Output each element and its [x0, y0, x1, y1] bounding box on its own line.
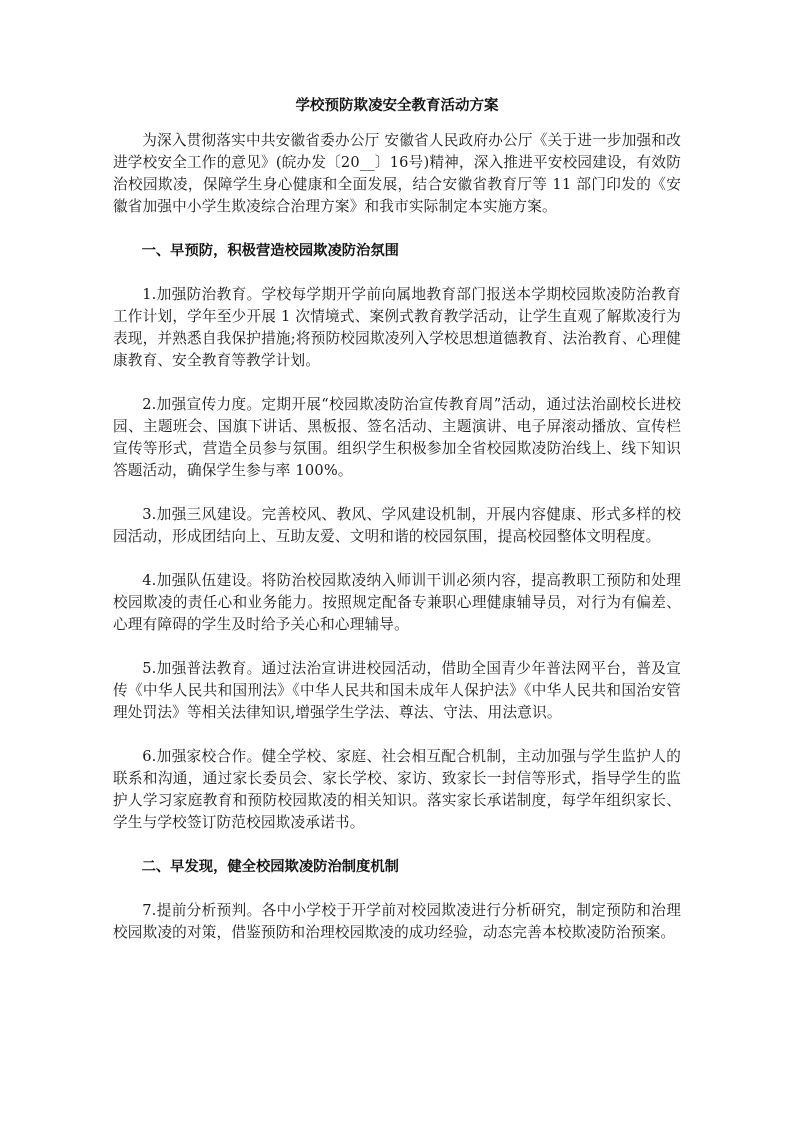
intro-paragraph: 为深入贯彻落实中共安徽省委办公厅 安徽省人民政府办公厅《关于进一步加强和改进学校…: [113, 130, 681, 218]
document-title: 学校预防欺凌安全教育活动方案: [113, 96, 681, 116]
section-2: 二、早发现，健全校园欺凌防治制度机制 7.提前分析预判。各中小学校于开学前对校园…: [113, 856, 681, 944]
list-item: 2.加强宣传力度。定期开展“校园欺凌防治宣传教育周”活动，通过法治副校长进校园、…: [113, 394, 681, 482]
list-item: 6.加强家校合作。健全学校、家庭、社会相互配合机制，主动加强与学生监护人的联系和…: [113, 746, 681, 834]
section-heading: 二、早发现，健全校园欺凌防治制度机制: [113, 856, 681, 878]
list-item: 4.加强队伍建设。将防治校园欺凌纳入师训干训必须内容，提高教职工预防和处理校园欺…: [113, 570, 681, 636]
list-item: 1.加强防治教育。学校每学期开学前向属地教育部门报送本学期校园欺凌防治教育工作计…: [113, 284, 681, 372]
section-1: 一、早预防，积极营造校园欺凌防治氛围 1.加强防治教育。学校每学期开学前向属地教…: [113, 240, 681, 834]
list-item: 5.加强普法教育。通过法治宣讲进校园活动，借助全国青少年普法网平台，普及宣传《中…: [113, 658, 681, 724]
list-item: 3.加强三风建设。完善校风、教风、学风建设机制，开展内容健康、形式多样的校园活动…: [113, 504, 681, 548]
document-page: 学校预防欺凌安全教育活动方案 为深入贯彻落实中共安徽省委办公厅 安徽省人民政府办…: [113, 96, 681, 966]
section-heading: 一、早预防，积极营造校园欺凌防治氛围: [113, 240, 681, 262]
list-item: 7.提前分析预判。各中小学校于开学前对校园欺凌进行分析研究，制定预防和治理校园欺…: [113, 900, 681, 944]
